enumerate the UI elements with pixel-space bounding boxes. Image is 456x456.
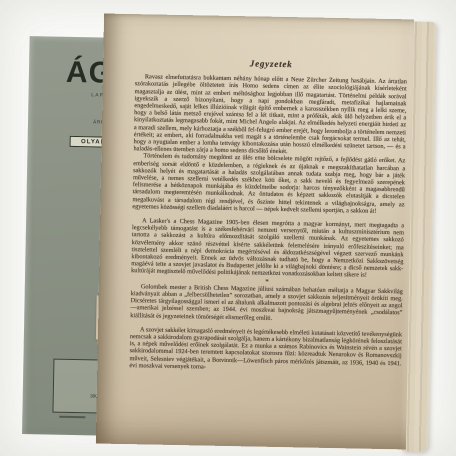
cover-title-fragment: ÁG — [29, 58, 114, 88]
booklet: ÁG LAPJA NC, ÁRPÁD OLYAM 300 Jegyzetek R… — [8, 2, 452, 456]
page-text: Jegyzetek Ravasz elmefuttatásra bukkanta… — [129, 58, 407, 374]
cover-subtitle-fragment: LAPJA — [29, 91, 113, 99]
paragraph-5: A szovjet sakkélet kimagasló eredményeit… — [129, 326, 402, 374]
paragraph-3: A Lasker's a Chess Magazine 1905-ben éle… — [131, 217, 404, 280]
cover-editor-fragment-2: ÁRPÁD — [28, 118, 112, 125]
paragraph-4: Golombek mester a British Chess Magazine… — [130, 283, 403, 324]
cover-ad-box: 300 — [52, 359, 101, 414]
paragraph-2: Történelem és tudomány megdönti az ülés … — [132, 153, 405, 216]
paragraph-1: Ravasz elmefuttatásra bukkantam néhány h… — [133, 73, 406, 157]
cover-editor-fragment-1: NC, — [28, 111, 112, 118]
page-title: Jegyzetek — [135, 58, 407, 70]
book-photo: ÁG LAPJA NC, ÁRPÁD OLYAM 300 Jegyzetek R… — [0, 0, 456, 456]
printed-page: Jegyzetek Ravasz elmefuttatásra bukkanta… — [96, 14, 414, 450]
